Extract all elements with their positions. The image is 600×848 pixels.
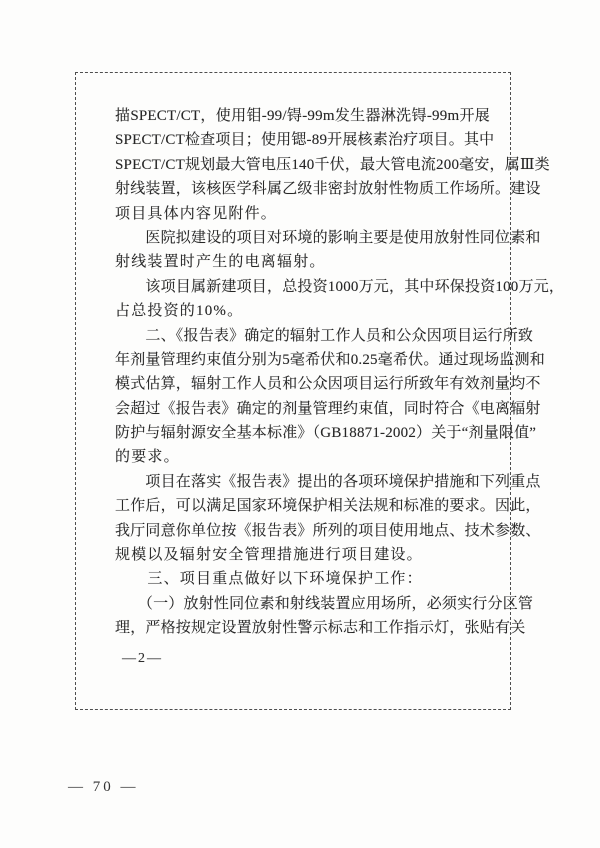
text-line: 项目在落实《报告表》提出的各项环境保护措施和下列重点 xyxy=(115,470,490,494)
document-body-text: 描SPECT/CT，使用钼-99/锝-99m发生器淋洗锝-99m开展 SPECT… xyxy=(115,104,490,641)
text-line: 射线装置时产生的电离辐射。 xyxy=(115,250,490,274)
text-line: 规模以及辐射安全管理措施进行项目建设。 xyxy=(115,543,490,567)
text-line: 三、项目重点做好以下环境保护工作： xyxy=(115,567,490,591)
text-line: 理，严格按规定设置放射性警示标志和工作指示灯，张贴有关 xyxy=(115,616,490,640)
inner-page-number: —2— xyxy=(122,651,163,667)
text-line: 项目具体内容见附件。 xyxy=(115,202,490,226)
dashed-content-frame: 描SPECT/CT，使用钼-99/锝-99m发生器淋洗锝-99m开展 SPECT… xyxy=(75,72,511,710)
text-line: 占总投资的10%。 xyxy=(115,299,490,323)
text-line: 会超过《报告表》确定的剂量管理约束值，同时符合《电离辐射 xyxy=(115,397,490,421)
text-line: 描SPECT/CT，使用钼-99/锝-99m发生器淋洗锝-99m开展 xyxy=(115,104,490,128)
text-line: SPECT/CT检查项目；使用锶-89开展核素治疗项目。其中 xyxy=(115,128,490,152)
text-line: 工作后，可以满足国家环境保护相关法规和标准的要求。因此， xyxy=(115,494,490,518)
text-line: SPECT/CT规划最大管电压140千伏，最大管电流200毫安，属Ⅲ类 xyxy=(115,153,490,177)
text-line: 我厅同意你单位按《报告表》所列的项目使用地点、技术参数、 xyxy=(115,519,490,543)
text-line: 年剂量管理约束值分别为5毫希伏和0.25毫希伏。通过现场监测和 xyxy=(115,348,490,372)
footer-page-number: — 70 — xyxy=(68,779,139,796)
text-line: 该项目属新建项目，总投资1000万元，其中环保投资100万元， xyxy=(115,275,490,299)
text-line: 二、《报告表》确定的辐射工作人员和公众因项目运行所致 xyxy=(115,324,490,348)
text-line: 模式估算，辐射工作人员和公众因项目运行所致年有效剂量均不 xyxy=(115,372,490,396)
text-line: 的要求。 xyxy=(115,445,490,469)
text-line: 防护与辐射源安全基本标准》（GB18871-2002）关于“剂量限值” xyxy=(115,421,490,445)
scanned-document-page: 描SPECT/CT，使用钼-99/锝-99m发生器淋洗锝-99m开展 SPECT… xyxy=(0,0,600,848)
text-line: 射线装置，该核医学科属乙级非密封放射性物质工作场所。建设 xyxy=(115,177,490,201)
text-line: （一）放射性同位素和射线装置应用场所，必须实行分区管 xyxy=(115,592,490,616)
text-line: 医院拟建设的项目对环境的影响主要是使用放射性同位素和 xyxy=(115,226,490,250)
